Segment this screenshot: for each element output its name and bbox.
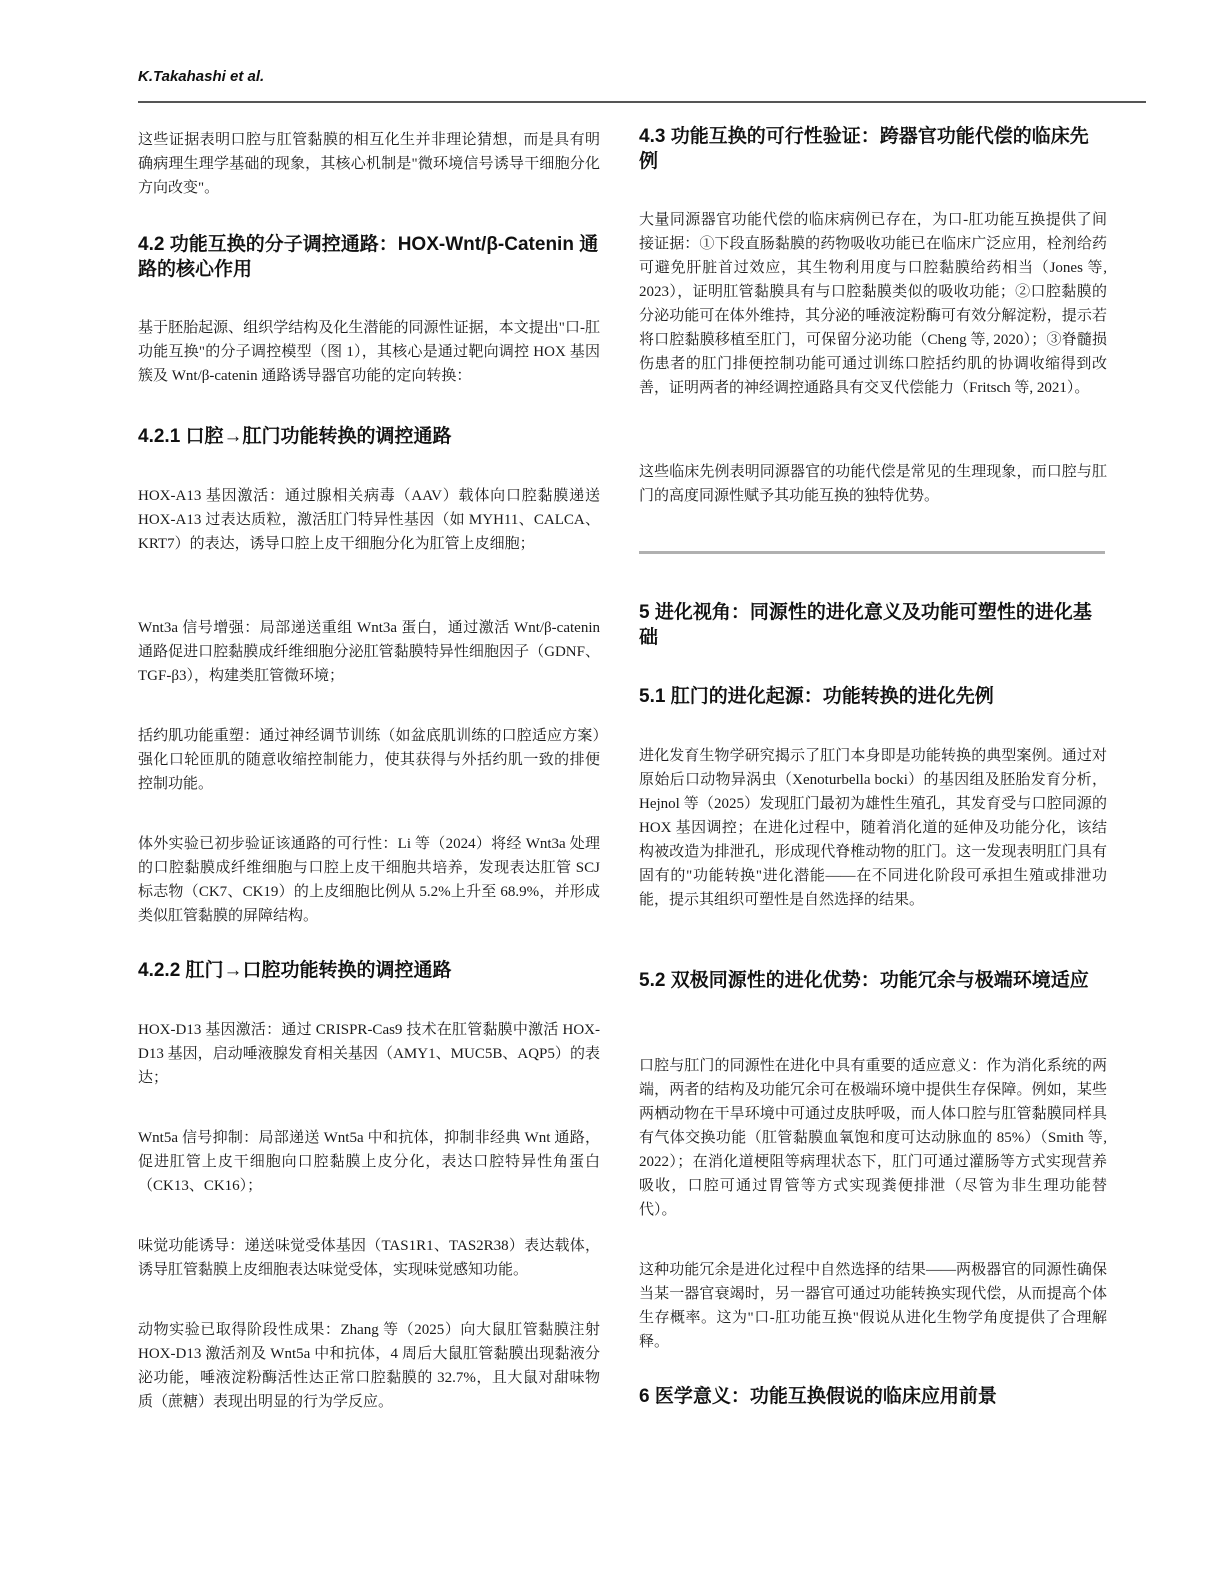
paragraph-wnt3a: Wnt3a 信号增强：局部递送重组 Wnt3a 蛋白，通过激活 Wnt/β-ca… [138,616,600,688]
paragraph-in-vitro: 体外实验已初步验证该通路的可行性：Li 等（2024）将经 Wnt3a 处理的口… [138,832,600,928]
section-divider [639,551,1105,554]
paragraph-5-2-selection: 这种功能冗余是进化过程中自然选择的结果——两极器官的同源性确保当某一器官衰竭时，… [639,1258,1107,1354]
paragraph-hox-a13: HOX-A13 基因激活：通过腺相关病毒（AAV）载体向口腔黏膜递送 HOX-A… [138,484,600,556]
heading-5-1: 5.1 肛门的进化起源：功能转换的进化先例 [639,684,1107,709]
heading-6: 6 医学意义：功能互换假说的临床应用前景 [639,1384,1107,1409]
heading-5-2: 5.2 双极同源性的进化优势：功能冗余与极端环境适应 [639,968,1107,993]
paragraph-hox-d13: HOX-D13 基因激活：通过 CRISPR-Cas9 技术在肛管黏膜中激活 H… [138,1018,600,1090]
paragraph-clinical-precedents: 大量同源器官功能代偿的临床病例已存在，为口-肛功能互换提供了间接证据：①下段直肠… [639,208,1107,400]
paragraph-animal-study: 动物实验已取得阶段性成果：Zhang 等（2025）向大鼠肛管黏膜注射 HOX-… [138,1318,600,1414]
paragraph-5-2-redundancy: 口腔与肛门的同源性在进化中具有重要的适应意义：作为消化系统的两端，两者的结构及功… [639,1054,1107,1222]
intro-paragraph: 这些证据表明口腔与肛管黏膜的相互化生并非理论猜想，而是具有明确病理生理学基础的现… [138,128,600,200]
running-head: K.Takahashi et al. [138,68,264,85]
paragraph-4-2: 基于胚胎起源、组织学结构及化生潜能的同源性证据，本文提出"口-肛功能互换"的分子… [138,316,600,388]
paragraph-5-1: 进化发育生物学研究揭示了肛门本身即是功能转换的典型案例。通过对原始后口动物异涡虫… [639,744,1107,912]
heading-5: 5 进化视角：同源性的进化意义及功能可塑性的进化基础 [639,600,1107,650]
heading-4-2: 4.2 功能互换的分子调控通路：HOX-Wnt/β-Catenin 通路的核心作… [138,232,600,282]
paragraph-wnt5a: Wnt5a 信号抑制：局部递送 Wnt5a 中和抗体，抑制非经典 Wnt 通路，… [138,1126,600,1198]
heading-4-2-1: 4.2.1 口腔→肛门功能转换的调控通路 [138,424,600,449]
paragraph-sphincter: 括约肌功能重塑：通过神经调节训练（如盆底肌训练的口腔适应方案）强化口轮匝肌的随意… [138,724,600,796]
paragraph-clinical-summary: 这些临床先例表明同源器官的功能代偿是常见的生理现象，而口腔与肛门的高度同源性赋予… [639,460,1107,508]
heading-4-2-2: 4.2.2 肛门→口腔功能转换的调控通路 [138,958,600,983]
heading-4-3: 4.3 功能互换的可行性验证：跨器官功能代偿的临床先例 [639,124,1107,174]
paragraph-taste: 味觉功能诱导：递送味觉受体基因（TAS1R1、TAS2R38）表达载体，诱导肛管… [138,1234,600,1282]
header-rule [138,101,1146,103]
